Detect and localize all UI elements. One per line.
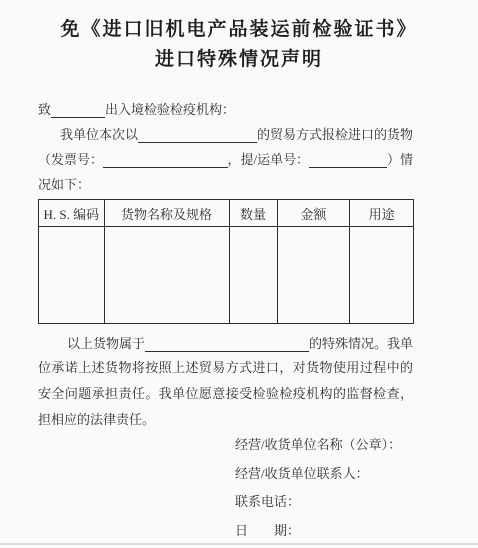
header-amount: 金额 — [277, 200, 350, 227]
header-goods-name-spec: 货物名称及规格 — [104, 200, 229, 227]
document-title: 免《进口旧机电产品装运前检验证书》 进口特殊情况声明 — [0, 0, 478, 75]
trade-mode-suffix: 的贸易方式报检进口的货物 — [257, 124, 413, 143]
invoice-close-paren: ）情 — [387, 149, 413, 168]
special-case-blank — [145, 337, 309, 352]
header-quantity: 数量 — [229, 200, 277, 227]
trade-mode-blank — [138, 128, 257, 143]
signature-section: 经营/收货单位名称（公章）： 经营/收货单位联系人： 联系电话： 日 期： — [235, 431, 413, 545]
addressee-suffix: 出入境检验检疫机构： — [105, 99, 235, 118]
trade-mode-line: 我单位本次以 的贸易方式报检进口的货物 — [38, 121, 413, 146]
continued-line: 况如下： — [38, 171, 413, 196]
statement-section: 以上货物属于 的特殊情况。我单 位承诺上述货物将按照上述贸易方式进口，对货物使用… — [38, 329, 413, 433]
title-line-2: 进口特殊情况声明 — [0, 45, 478, 75]
goods-table: H. S. 编码 货物名称及规格 数量 金额 用途 — [38, 199, 414, 324]
company-seal-label: 经营/收货单位名称（公章）： — [235, 431, 413, 460]
goods-table-empty-row — [39, 227, 414, 324]
header-hs-code: H. S. 编码 — [39, 200, 105, 227]
statement-line-1: 以上货物属于 的特殊情况。我单 — [38, 329, 413, 355]
bill-number-blank — [309, 153, 387, 168]
cell-quantity — [229, 227, 277, 324]
addressee-line: 致 出入境检验检疫机构： — [38, 96, 413, 121]
invoice-number-blank — [103, 153, 228, 168]
title-line-1: 免《进口旧机电产品装运前检验证书》 — [0, 15, 478, 45]
bill-label: ，提/运单号： — [228, 149, 310, 168]
cell-goods-name-spec — [104, 227, 229, 324]
phone-label: 联系电话： — [235, 488, 413, 517]
statement-line-2: 位承诺上述货物将按照上述贸易方式进口，对货物使用过程中的质量 — [38, 355, 413, 381]
statement-line-4: 担相应的法律责任。 — [38, 407, 413, 433]
invoice-bill-line: （发票号： ，提/运单号： ）情 — [38, 146, 413, 171]
addressee-prefix: 致 — [38, 99, 51, 118]
authority-name-blank — [51, 103, 105, 118]
statement-line1-suffix: 的特殊情况。我单 — [309, 333, 413, 352]
statement-line-3: 安全问题承担责任。我单位愿意接受检验检疫机构的监督检查，并承 — [38, 381, 413, 407]
continued-text: 况如下： — [38, 174, 90, 193]
date-label: 日 期： — [235, 517, 413, 546]
cell-amount — [277, 227, 350, 324]
declaration-document: 免《进口旧机电产品装运前检验证书》 进口特殊情况声明 致 出入境检验检疫机构： … — [0, 0, 478, 548]
header-purpose: 用途 — [350, 200, 414, 227]
invoice-label: （发票号： — [38, 149, 103, 168]
goods-table-header-row: H. S. 编码 货物名称及规格 数量 金额 用途 — [39, 200, 414, 227]
statement-line1-prefix: 以上货物属于 — [67, 333, 145, 352]
contact-person-label: 经营/收货单位联系人： — [235, 460, 413, 489]
intro-section: 致 出入境检验检疫机构： 我单位本次以 的贸易方式报检进口的货物 （发票号： ，… — [38, 96, 413, 196]
cell-hs-code — [39, 227, 105, 324]
trade-mode-prefix: 我单位本次以 — [60, 124, 138, 143]
cell-purpose — [350, 227, 414, 324]
